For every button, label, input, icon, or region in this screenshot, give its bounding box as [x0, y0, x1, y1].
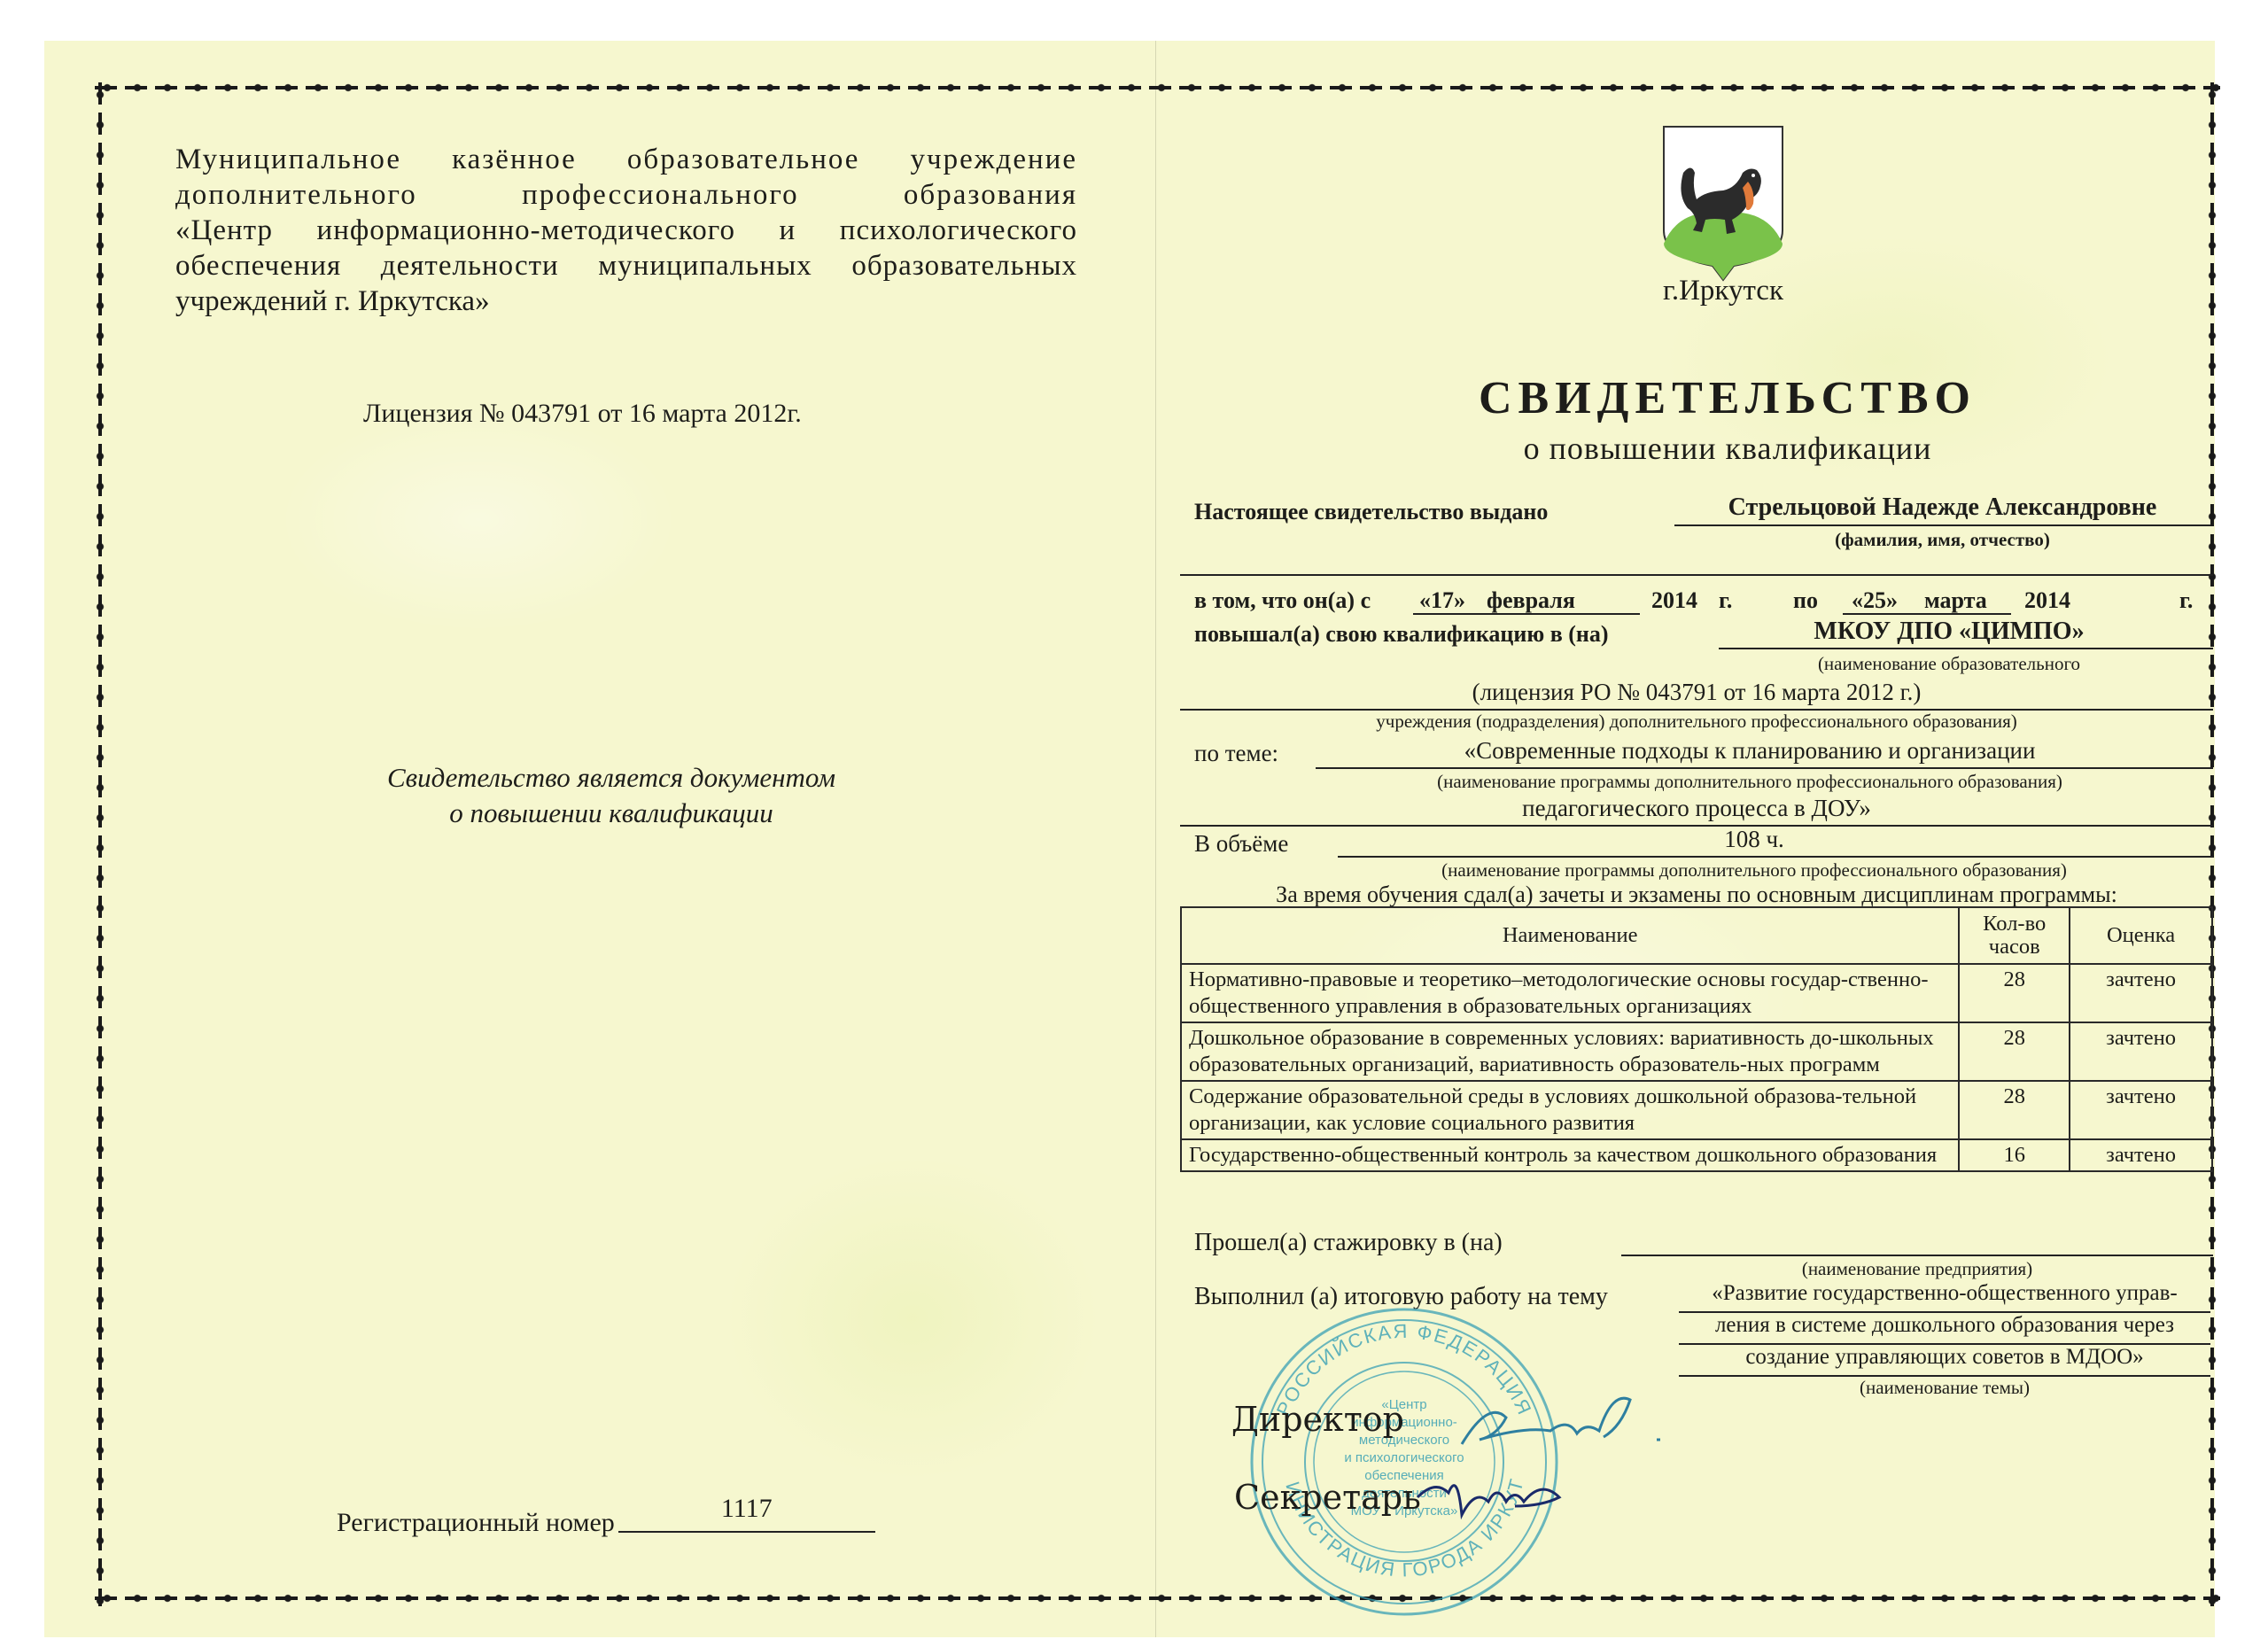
director-signature-icon — [1453, 1382, 1701, 1471]
topic-caption: (наименование программы дополнительного … — [1316, 771, 2184, 793]
topic-line-1: «Современные подходы к планированию и ор… — [1316, 737, 2184, 765]
org-line: «Центр информационно-методического и пси… — [175, 213, 1077, 248]
to-month: марта — [1924, 587, 1987, 614]
license-text: Лицензия № 043791 от 16 марта 2012г. — [363, 399, 802, 429]
volume-caption: (наименование программы дополнительного … — [1338, 859, 2171, 882]
subject-hours: 28 — [1959, 1022, 2070, 1081]
separator-line — [1180, 574, 2213, 576]
from-year: 2014 — [1651, 587, 1697, 614]
border-left — [92, 80, 108, 1606]
from-year-suffix: г. — [1719, 587, 1732, 614]
irkutsk-coat-of-arms-icon — [1661, 124, 1785, 282]
subject-grade: зачтено — [2070, 1022, 2212, 1081]
table-row: Содержание образовательной среды в услов… — [1181, 1081, 2212, 1139]
final-work-line-1: «Развитие государственно-общественного у… — [1679, 1281, 2210, 1306]
secretary-signature-icon — [1409, 1462, 1586, 1533]
final-work-line-3: создание управляющих советов в МДОО» — [1679, 1345, 2210, 1370]
statement-line: Свидетельство является документом — [301, 760, 921, 796]
recipient-name: Стрельцовой Надежде Александровне — [1674, 493, 2210, 522]
to-year-suffix: г. — [2179, 587, 2193, 614]
document-title: СВИДЕТЕЛЬСТВО — [1417, 372, 2038, 424]
issued-label: Настоящее свидетельство выдано — [1194, 499, 1548, 525]
internship-caption: (наименование предприятия) — [1621, 1258, 2213, 1280]
statement-text: Свидетельство является документом о повы… — [301, 760, 921, 831]
final-work-caption: (наименование темы) — [1679, 1377, 2210, 1399]
subject-name: Государственно-общественный контроль за … — [1181, 1139, 1959, 1171]
subject-hours: 28 — [1959, 964, 2070, 1022]
table-row: Государственно-общественный контроль за … — [1181, 1139, 2212, 1171]
recipient-caption: (фамилия, имя, отчество) — [1674, 529, 2210, 551]
volume-value: 108 ч. — [1338, 826, 2171, 853]
from-day: «17» — [1419, 587, 1465, 614]
document-subtitle: о повышении квалификации — [1417, 430, 2038, 467]
institution-caption-2: учреждения (подразделения) дополнительно… — [1180, 711, 2213, 733]
col-header-name: Наименование — [1181, 907, 1959, 964]
topic-line-2: педагогического процесса в ДОУ» — [1180, 795, 2213, 822]
from-month: февраля — [1487, 587, 1575, 614]
subject-grade: зачтено — [2070, 964, 2212, 1022]
institution-caption: (наименование образовательного — [1719, 653, 2179, 675]
statement-line: о повышении квалификации — [301, 796, 921, 831]
border-bottom — [92, 1590, 2220, 1606]
internship-label: Прошел(а) стажировку в (на) — [1194, 1229, 1503, 1257]
subject-name: Нормативно-правовые и теоретико–методоло… — [1181, 964, 1959, 1022]
subject-name: Содержание образовательной среды в услов… — [1181, 1081, 1959, 1139]
subjects-table: Наименование Кол-во часов Оценка Нормати… — [1180, 906, 2213, 1172]
organization-name: Муниципальное казённое образовательное у… — [175, 142, 1077, 319]
secretary-label: Секретарь — [1234, 1478, 1421, 1517]
volume-label: В объёме — [1194, 830, 1288, 858]
org-line: обеспечения деятельности муниципальных о… — [175, 248, 1077, 284]
city-name: г.Иркутск — [1621, 275, 1825, 307]
director-label: Директор — [1231, 1400, 1404, 1439]
to-label: по — [1793, 587, 1818, 614]
exams-intro: За время обучения сдал(а) зачеты и экзам… — [1180, 882, 2213, 908]
institution-name: МКОУ ДПО «ЦИМПО» — [1719, 618, 2179, 646]
period-prefix: в том, что он(а) с — [1194, 587, 1371, 614]
internship-underline — [1621, 1228, 2213, 1256]
registration-number-field: Регистрационный номер 1117 — [337, 1506, 875, 1538]
subject-grade: зачтено — [2070, 1139, 2212, 1171]
col-header-hours: Кол-во часов — [1959, 907, 2070, 964]
subject-grade: зачтено — [2070, 1081, 2212, 1139]
subject-hours: 28 — [1959, 1081, 2070, 1139]
institution-license: (лицензия РО № 043791 от 16 марта 2012 г… — [1180, 679, 2213, 706]
qualified-label: повышал(а) свою квалификацию в (на) — [1194, 621, 1609, 648]
final-work-line-2: ления в системе дошкольного образования … — [1679, 1313, 2210, 1338]
border-top — [92, 80, 2220, 96]
to-day: «25» — [1852, 587, 1898, 614]
table-row: Нормативно-правовые и теоретико–методоло… — [1181, 964, 2212, 1022]
table-row: Дошкольное образование в современных усл… — [1181, 1022, 2212, 1081]
org-line: дополнительного профессионального образо… — [175, 177, 1077, 213]
org-line: Муниципальное казённое образовательное у… — [175, 142, 1077, 177]
to-year: 2014 — [2024, 587, 2070, 614]
registration-value-line: 1117 — [618, 1501, 875, 1533]
subject-hours: 16 — [1959, 1139, 2070, 1171]
registration-number: 1117 — [721, 1494, 773, 1523]
org-line: учреждений г. Иркутска» — [175, 284, 1077, 319]
topic-label: по теме: — [1194, 740, 1278, 767]
registration-label: Регистрационный номер — [337, 1508, 615, 1538]
table-header-row: Наименование Кол-во часов Оценка — [1181, 907, 2212, 964]
col-header-grade: Оценка — [2070, 907, 2212, 964]
subject-name: Дошкольное образование в современных усл… — [1181, 1022, 1959, 1081]
